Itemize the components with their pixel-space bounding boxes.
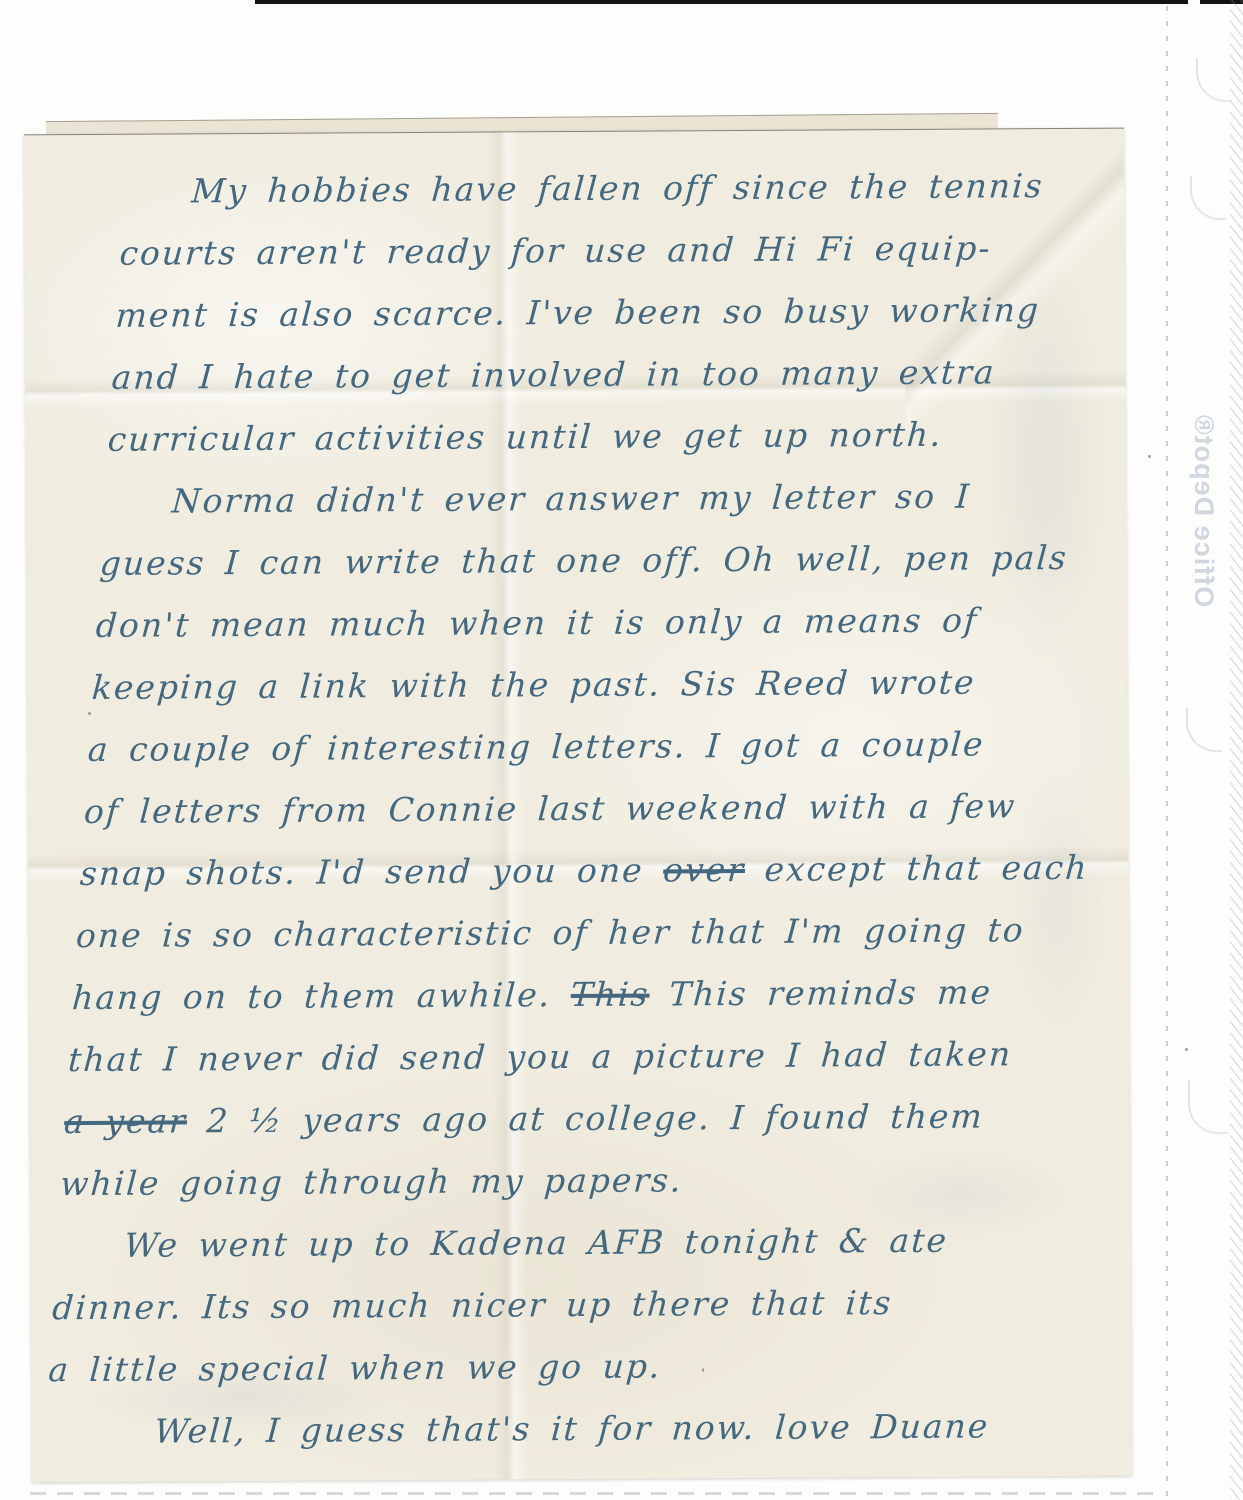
struck-word: a year (63, 1101, 188, 1141)
letter-line: My hobbies have fallen off since the ten… (100, 155, 1146, 223)
binder-tab-curve (1188, 1080, 1228, 1134)
letter-line: hang on to them awhile. This This remind… (48, 961, 1094, 1029)
dust-speck (1185, 1048, 1188, 1051)
letter-text: curricular activities until we get up no… (107, 415, 944, 459)
letter-text: snap shots. I'd send you one (79, 850, 665, 893)
dust-speck (88, 712, 91, 715)
letter-text: don't mean much when it is only a means … (95, 601, 980, 645)
letter-line: keeping a link with the past. Sis Reed w… (68, 651, 1114, 719)
letter-text: ment is also scarce. I've been so busy w… (114, 290, 1041, 335)
letter-line: of letters from Connie last weekend with… (60, 775, 1106, 843)
letter-line: while going through my papers. (36, 1147, 1082, 1215)
letter-lines: My hobbies have fallen off since the ten… (20, 155, 1145, 1464)
letter-paper: My hobbies have fallen off since the ten… (24, 128, 1132, 1483)
letter-text: My hobbies have fallen off since the ten… (190, 166, 1044, 210)
letter-text: of letters from Connie last weekend with… (83, 786, 1018, 831)
letter-line: snap shots. I'd send you one over except… (56, 837, 1102, 905)
letter-line: courts aren't ready for use and Hi Fi eq… (96, 217, 1142, 285)
dust-speck (702, 1368, 704, 1372)
binder-tab-curve (1190, 176, 1226, 220)
watermark-text: Office Depot® (1189, 413, 1220, 606)
struck-word: over (662, 850, 746, 890)
letter-line: guess I can write that one off. Oh well,… (76, 527, 1122, 595)
letter-line: We went up to Kadena AFB tonight & ate (32, 1209, 1078, 1277)
letter-text: courts aren't ready for use and Hi Fi eq… (118, 228, 992, 272)
letter-line: curricular activities until we get up no… (84, 403, 1130, 471)
letter-text: guess I can write that one off. Oh well,… (99, 538, 1070, 583)
letter-text: This reminds me (648, 972, 993, 1013)
letter-text: Well, I guess that's it for now. love Du… (153, 1406, 990, 1450)
letter-line: Norma didn't ever answer my letter so I (80, 465, 1126, 533)
letter-text: except that each (744, 848, 1090, 889)
letter-line: a little special when we go up. (24, 1333, 1070, 1401)
binder-tab-curve (1186, 708, 1222, 752)
letter-text: dinner. Its so much nicer up there that … (51, 1283, 894, 1327)
scanned-letter-page: Office Depot® My hobbies have fallen off… (0, 0, 1243, 1500)
letter-text: We went up to Kadena AFB tonight & ate (123, 1221, 949, 1265)
letter-line: Well, I guess that's it for now. love Du… (20, 1395, 1066, 1463)
binder-tab-curve (1196, 58, 1232, 102)
letter-line: a couple of interesting letters. I got a… (64, 713, 1110, 781)
letter-text: hang on to them awhile. (71, 975, 572, 1017)
letter-line: a year 2 ½ years ago at college. I found… (40, 1085, 1086, 1153)
watermark: Office Depot® (1178, 381, 1230, 639)
letter-line: don't mean much when it is only a means … (72, 589, 1118, 657)
letter-line: dinner. Its so much nicer up there that … (28, 1271, 1074, 1339)
letter-text: a little special when we go up. (47, 1346, 663, 1389)
letter-text: one is so characteristic of her that I'm… (75, 910, 1026, 955)
struck-word: This (570, 975, 651, 1014)
sheet-protector-edge (1230, 0, 1243, 1500)
letter-text: a couple of interesting letters. I got a… (87, 725, 986, 769)
letter-text: Norma didn't ever answer my letter so I (171, 477, 972, 521)
letter-text: and I hate to get involved in too many e… (111, 352, 997, 396)
letter-text: keeping a link with the past. Sis Reed w… (91, 663, 977, 707)
letter-line: one is so characteristic of her that I'm… (52, 899, 1098, 967)
dust-speck (1148, 455, 1151, 458)
letter-line: that I never did send you a picture I ha… (44, 1023, 1090, 1091)
scan-edge-artifact (255, 0, 1188, 4)
letter-text: 2 ½ years ago at college. I found them (186, 1097, 985, 1141)
letter-text: while going through my papers. (59, 1160, 684, 1203)
letter-line: ment is also scarce. I've been so busy w… (92, 279, 1138, 347)
perforation-line (1166, 6, 1168, 1500)
letter-line: and I hate to get involved in too many e… (88, 341, 1134, 409)
letter-text: that I never did send you a picture I ha… (67, 1034, 1013, 1079)
bottom-page-edge (30, 1492, 1155, 1495)
